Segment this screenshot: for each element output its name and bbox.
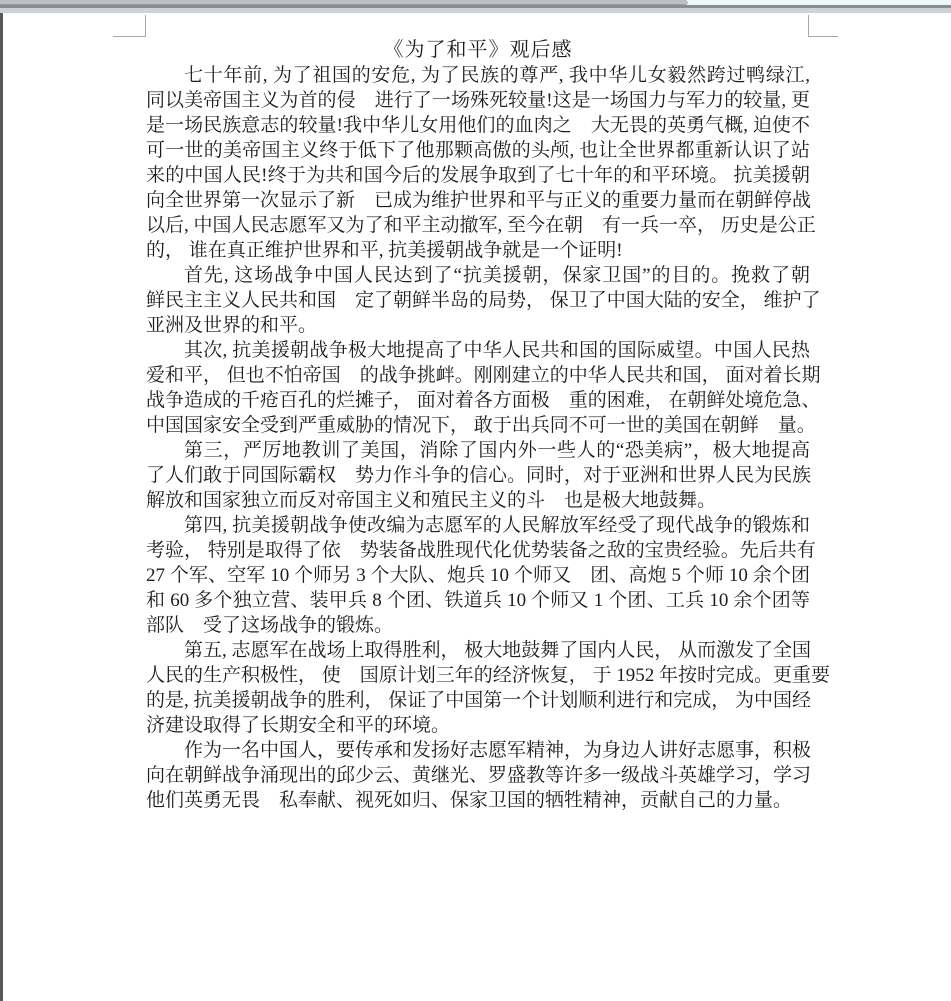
paragraph: 七十年前, 为了祖国的安危, 为了民族的尊严, 我中华儿女毅然跨过鸭绿江,同以美… bbox=[146, 63, 810, 263]
text-line[interactable]: 可一世的美帝国主义终于低下了他那颗高傲的头颅, 也让全世界都重新认识了站 bbox=[146, 138, 810, 163]
text-line[interactable]: 爱和平， 但也不怕帝国 的战争挑衅。刚刚建立的中华人民共和国， 面对着长期 bbox=[146, 363, 810, 388]
text-line[interactable]: 是一场民族意志的较量!我中华儿女用他们的血肉之 大无畏的英勇气概, 迫使不 bbox=[146, 113, 810, 138]
margin-crop-mark-top-right bbox=[808, 15, 838, 37]
paragraph: 第三，严厉地教训了美国，消除了国内外一些人的“恐美病”，极大地提高了人们敢于同国… bbox=[146, 438, 810, 513]
document-page[interactable]: 《为了和平》观后感 七十年前, 为了祖国的安危, 为了民族的尊严, 我中华儿女毅… bbox=[3, 13, 951, 1001]
text-line[interactable]: 考验， 特别是取得了依 势装备战胜现代化优势装备之敌的宝贵经验。先后共有 bbox=[146, 538, 810, 563]
text-line[interactable]: 来的中国人民!终于为共和国今后的发展争取到了七十年的和平环境。 抗美援朝 bbox=[146, 163, 810, 188]
text-line[interactable]: 其次, 抗美援朝战争极大地提高了中华人民共和国的国际威望。中国人民热 bbox=[146, 338, 810, 363]
text-line[interactable]: 第三，严厉地教训了美国，消除了国内外一些人的“恐美病”，极大地提高 bbox=[146, 438, 810, 463]
paragraph: 第四, 抗美援朝战争使改编为志愿军的人民解放军经受了现代战争的锻炼和考验， 特别… bbox=[146, 513, 810, 638]
paragraph: 作为一名中国人，要传承和发扬好志愿军精神，为身边人讲好志愿事，积极向在朝鲜战争涌… bbox=[146, 738, 810, 813]
text-line[interactable]: 鲜民主主义人民共和国 定了朝鲜半岛的局势， 保卫了中国大陆的安全， 维护了 bbox=[146, 288, 810, 313]
text-line[interactable]: 第五, 志愿军在战场上取得胜利， 极大地鼓舞了国内人民， 从而激发了全国 bbox=[146, 638, 810, 663]
paragraph: 首先, 这场战争中国人民达到了“抗美援朝，保家卫国”的目的。挽救了朝鲜民主主义人… bbox=[146, 263, 810, 338]
text-line[interactable]: 同以美帝国主义为首的侵 进行了一场殊死较量!这是一场国力与军力的较量, 更 bbox=[146, 88, 810, 113]
text-line[interactable]: 人民的生产积极性， 使 国原计划三年的经济恢复， 于 1952 年按时完成。更重… bbox=[146, 663, 810, 688]
document-title[interactable]: 《为了和平》观后感 bbox=[146, 37, 810, 63]
doc-body: 七十年前, 为了祖国的安危, 为了民族的尊严, 我中华儿女毅然跨过鸭绿江,同以美… bbox=[146, 63, 810, 813]
margin-crop-mark-top-left bbox=[113, 15, 146, 37]
text-line[interactable]: 他们英勇无畏 私奉献、视死如归、保家卫国的牺牲精神，贡献自己的力量。 bbox=[146, 788, 810, 813]
text-line[interactable]: 济建设取得了长期安全和平的环境。 bbox=[146, 713, 810, 738]
app-window: 《为了和平》观后感 七十年前, 为了祖国的安危, 为了民族的尊严, 我中华儿女毅… bbox=[0, 0, 951, 1001]
text-line[interactable]: 首先, 这场战争中国人民达到了“抗美援朝，保家卫国”的目的。挽救了朝 bbox=[146, 263, 810, 288]
text-line[interactable]: 第四, 抗美援朝战争使改编为志愿军的人民解放军经受了现代战争的锻炼和 bbox=[146, 513, 810, 538]
text-line[interactable]: 战争造成的千疮百孔的烂摊子， 面对着各方面极 重的困难， 在朝鲜处境危急、 bbox=[146, 388, 810, 413]
text-line[interactable]: 七十年前, 为了祖国的安危, 为了民族的尊严, 我中华儿女毅然跨过鸭绿江, bbox=[146, 63, 810, 88]
text-line[interactable]: 部队 受了这场战争的锻炼。 bbox=[146, 613, 810, 638]
text-line[interactable]: 中国国家安全受到严重威胁的情况下， 敢于出兵同不可一世的美国在朝鲜 量。 bbox=[146, 413, 810, 438]
text-line[interactable]: 解放和国家独立而反对帝国主义和殖民主义的斗 也是极大地鼓舞。 bbox=[146, 488, 810, 513]
text-line[interactable]: 和 60 多个独立营、装甲兵 8 个团、铁道兵 10 个师又 1 个团、工兵 1… bbox=[146, 588, 810, 613]
text-line[interactable]: 27 个军、空军 10 个师另 3 个大队、炮兵 10 个师又 团、高炮 5 个… bbox=[146, 563, 810, 588]
text-line[interactable]: 向全世界第一次显示了新 已成为维护世界和平与正义的重要力量而在朝鲜停战 bbox=[146, 188, 810, 213]
toolbar-remnant bbox=[0, 0, 951, 13]
text-line[interactable]: 亚洲及世界的和平。 bbox=[146, 313, 810, 338]
document-text-area: 《为了和平》观后感 七十年前, 为了祖国的安危, 为了民族的尊严, 我中华儿女毅… bbox=[146, 37, 810, 813]
paragraph: 其次, 抗美援朝战争极大地提高了中华人民共和国的国际威望。中国人民热爱和平， 但… bbox=[146, 338, 810, 438]
text-line[interactable]: 作为一名中国人，要传承和发扬好志愿军精神，为身边人讲好志愿事，积极 bbox=[146, 738, 810, 763]
text-line[interactable]: 的是, 抗美援朝战争的胜利， 保证了中国第一个计划顺利进行和完成， 为中国经 bbox=[146, 688, 810, 713]
text-line[interactable]: 的， 谁在真正维护世界和平, 抗美援朝战争就是一个证明! bbox=[146, 238, 810, 263]
paragraph: 第五, 志愿军在战场上取得胜利， 极大地鼓舞了国内人民， 从而激发了全国人民的生… bbox=[146, 638, 810, 738]
text-line[interactable]: 了人们敢于同国际霸权 势力作斗争的信心。同时，对于亚洲和世界人民为民族 bbox=[146, 463, 810, 488]
text-line[interactable]: 以后, 中国人民志愿军又为了和平主动撤军, 至今在朝 有一兵一卒， 历史是公正 bbox=[146, 213, 810, 238]
text-line[interactable]: 向在朝鲜战争涌现出的邱少云、黄继光、罗盛教等许多一级战斗英雄学习，学习 bbox=[146, 763, 810, 788]
